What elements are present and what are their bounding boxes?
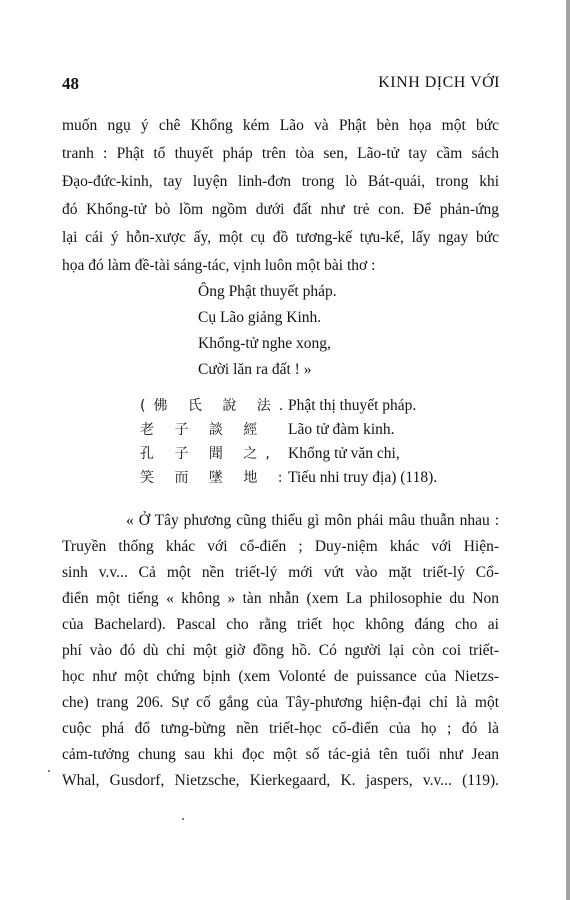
quotation-row: 老 子 談 經 Lão tử đàm kinh.: [140, 420, 480, 440]
text-line: đó Khổng-tử bò lồm ngồm dưới đất như trẻ…: [62, 200, 499, 220]
poem-line: Cười lăn ra đất ! »: [198, 360, 311, 380]
page-number: 48: [62, 74, 79, 94]
scan-speck: [48, 770, 50, 772]
text-line: cảm-tưởng chung sau khi đọc một số tác-g…: [62, 745, 499, 765]
text-line: Truyền thống khác với cổ-điển ; Duy-niệm…: [62, 537, 499, 557]
text-line: « Ở Tây phương cũng thiếu gì môn phái mâ…: [126, 511, 499, 531]
poem-line: Cụ Lão giảng Kinh.: [198, 308, 321, 328]
text-line: muốn ngụ ý chê Khổng kém Lão và Phật bèn…: [62, 116, 499, 136]
text-line: phí vào đó dù chỉ một giờ đồng hồ. Có ng…: [62, 641, 499, 661]
page-header: 48 KINH DỊCH VỚI: [62, 74, 500, 96]
window-edge-scrollbar[interactable]: [566, 0, 570, 900]
viet-text: Phật thị thuyết pháp.: [288, 396, 416, 416]
viet-text: Khổng tử văn chi,: [288, 444, 400, 464]
viet-text: Tiếu nhi truy địa) (118).: [288, 468, 437, 488]
quotation-row: 笑 而 墜 地 : Tiếu nhi truy địa) (118).: [140, 468, 480, 488]
text-line: tranh : Phật tổ thuyết pháp trên tòa sen…: [62, 144, 499, 164]
han-text: 孔 子 聞 之,: [140, 444, 278, 464]
text-line: học như một chứng bịnh (xem Volonté de p…: [62, 667, 499, 687]
viet-text: Lão tử đàm kinh.: [288, 420, 395, 440]
han-text: 老 子 談 經: [140, 420, 265, 440]
scan-speck: [182, 818, 184, 820]
text-line: điển một tiếng « không » tàn nhẫn (xem L…: [62, 589, 499, 609]
running-title: KINH DỊCH VỚI: [378, 74, 500, 92]
text-line: sinh v.v... Cả một nền triết-lý mới vứt …: [62, 563, 499, 583]
han-text: (佛 氏 說 法.: [140, 396, 291, 416]
quotation-row: 孔 子 聞 之, Khổng tử văn chi,: [140, 444, 480, 464]
text-line: Đạo-đức-kinh, tay luyện linh-đơn trong l…: [62, 172, 499, 192]
text-line: che) trang 206. Sự cố gắng của Tây-phươn…: [62, 693, 499, 713]
text-line: Whal, Gusdorf, Nietzsche, Kierkegaard, K…: [62, 771, 499, 791]
poem-line: Ông Phật thuyết pháp.: [198, 282, 337, 302]
text-line: lại cái ý hỗn-xược ấy, một cụ đồ tương-k…: [62, 228, 499, 248]
poem-line: Khổng-tử nghe xong,: [198, 334, 331, 354]
han-text: 笑 而 墜 地 :: [140, 468, 291, 488]
text-line: họa đó làm đề-tài sáng-tác, vịnh luôn mộ…: [62, 256, 499, 276]
text-line: của Bachelard). Pascal cho rằng triết họ…: [62, 615, 499, 635]
text-line: cuộc phá đổ tưng-bừng nền triết-học cổ-đ…: [62, 719, 499, 739]
quotation-row: (佛 氏 說 法. Phật thị thuyết pháp.: [140, 396, 480, 416]
